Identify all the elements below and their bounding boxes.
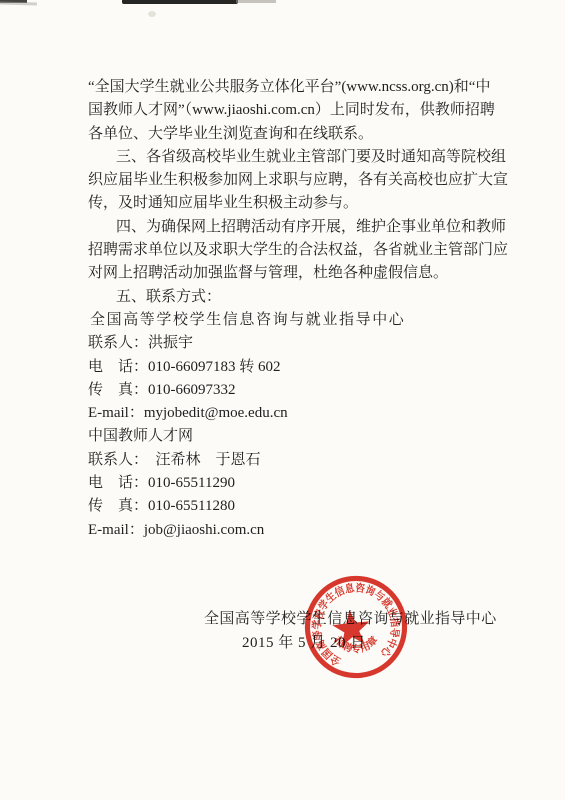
signature-org: 全国高等学校学生信息咨询与就业指导中心 bbox=[204, 607, 497, 628]
scan-artifact-speck bbox=[148, 11, 156, 17]
body-line-6: 传，及时通知应届毕业生积极主动参与。 bbox=[88, 192, 528, 215]
contact2-fax-line: 传 真：010-65511280 bbox=[88, 495, 528, 518]
body-text: “全国大学生就业公共服务立体化平台”(www.ncss.org.cn)和“中 国… bbox=[88, 76, 528, 542]
body-line-1: “全国大学生就业公共服务立体化平台”(www.ncss.org.cn)和“中 bbox=[88, 76, 528, 99]
body-line-9: 对网上招聘活动加强监督与管理，杜绝各种虚假信息。 bbox=[88, 262, 528, 285]
scan-artifact-top-bar bbox=[122, 0, 238, 4]
contact2-email-line: E-mail：job@jiaoshi.com.cn bbox=[88, 519, 528, 542]
scan-artifact-corner-smudge bbox=[0, 2, 37, 6]
scan-artifact-corner-line bbox=[0, 0, 27, 3]
section-4-heading-line: 四、为确保网上招聘活动有序开展，维护企事业单位和教师 bbox=[88, 216, 528, 239]
contact-org-name: 全国高等学校学生信息咨询与就业指导中心 bbox=[88, 309, 528, 332]
contact-phone-line: 电 话：010-66097183 转 602 bbox=[88, 356, 528, 379]
contact-person-line: 联系人：洪振宇 bbox=[88, 332, 528, 355]
body-line-3: 各单位、大学毕业生浏览查询和在线联系。 bbox=[88, 123, 528, 146]
section-3-heading-line: 三、各省级高校毕业生就业主管部门要及时通知高等院校组 bbox=[88, 146, 528, 169]
section-5-heading-line: 五、联系方式： bbox=[88, 286, 528, 309]
contact-fax-line: 传 真：010-66097332 bbox=[88, 379, 528, 402]
contact2-person-line: 联系人： 汪希林 于恩石 bbox=[88, 449, 528, 472]
contact-email-line: E-mail：myjobedit@moe.edu.cn bbox=[88, 402, 528, 425]
scanned-document-page: { "page": { "background": "#fcfbf7", "in… bbox=[0, 0, 565, 800]
signature-date: 2015 年 5 月 20 日 bbox=[242, 631, 366, 652]
body-line-2: 国教师人才网”（www.jiaoshi.com.cn）上同时发布，供教师招聘 bbox=[88, 99, 528, 122]
body-line-5: 织应届毕业生积极参加网上求职与应聘，各有关高校也应扩大宣 bbox=[88, 169, 528, 192]
scan-artifact-top-bar-tail bbox=[236, 0, 276, 3]
body-line-8: 招聘需求单位以及求职大学生的合法权益，各省就业主管部门应 bbox=[88, 239, 528, 262]
contact-org2-name: 中国教师人才网 bbox=[88, 425, 528, 448]
contact2-phone-line: 电 话：010-65511290 bbox=[88, 472, 528, 495]
